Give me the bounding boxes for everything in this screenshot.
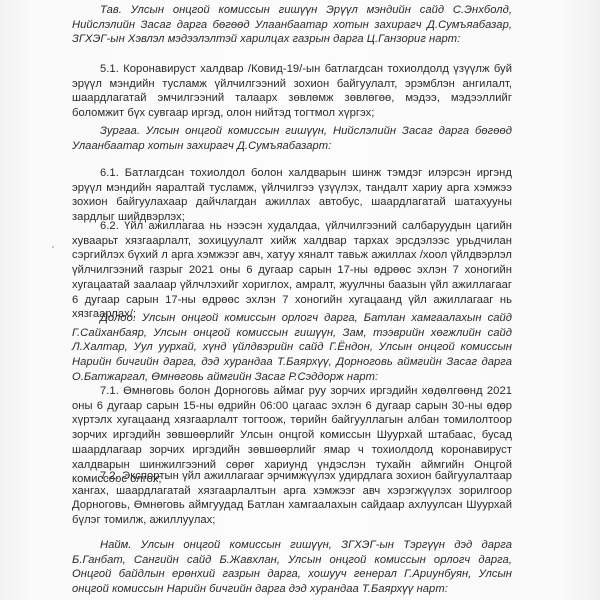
document-page: Тав. Улсын онцгой комиссын гишүүн Эрүүл … — [0, 0, 600, 600]
section-6-2-text: 6.2. Үйл ажиллагаа нь нээсэн худалдаа, ү… — [72, 220, 512, 320]
section-6-intro-text: Зургаа. Улсын онцгой комиссын гишүүн, Ни… — [72, 125, 512, 152]
section-7-intro-text: Долоо. Улсын онцгой комиссын орлогч дарг… — [72, 312, 512, 383]
section-5-1: 5.1. Коронавируст халдвар /Ковид-19/-ын … — [72, 62, 512, 121]
section-5-intro-text: Тав. Улсын онцгой комиссын гишүүн Эрүүл … — [72, 4, 512, 45]
section-7-2-text: 7.2. Экспортын үйл ажиллагааг эрчимжүүлэ… — [72, 470, 512, 526]
section-6-2: 6.2. Үйл ажиллагаа нь нээсэн худалдаа, ү… — [72, 219, 512, 322]
scan-speck — [52, 246, 54, 248]
section-5-1-text: 5.1. Коронавируст халдвар /Ковид-19/-ын … — [72, 63, 512, 119]
section-7-intro: Долоо. Улсын онцгой комиссын орлогч дарг… — [72, 311, 512, 385]
section-8-intro-text: Найм. Улсын онцгой комиссын гишүүн, ЗГХЭ… — [72, 539, 512, 595]
section-6-1: 6.1. Батлагдсан тохиолдол болон халдвары… — [72, 166, 512, 225]
section-8-intro: Найм. Улсын онцгой комиссын гишүүн, ЗГХЭ… — [72, 538, 512, 597]
section-5-intro: Тав. Улсын онцгой комиссын гишүүн Эрүүл … — [72, 3, 512, 47]
section-6-1-text: 6.1. Батлагдсан тохиолдол болон халдвары… — [72, 167, 512, 223]
section-6-intro: Зургаа. Улсын онцгой комиссын гишүүн, Ни… — [72, 124, 512, 153]
section-7-2: 7.2. Экспортын үйл ажиллагааг эрчимжүүлэ… — [72, 469, 512, 528]
